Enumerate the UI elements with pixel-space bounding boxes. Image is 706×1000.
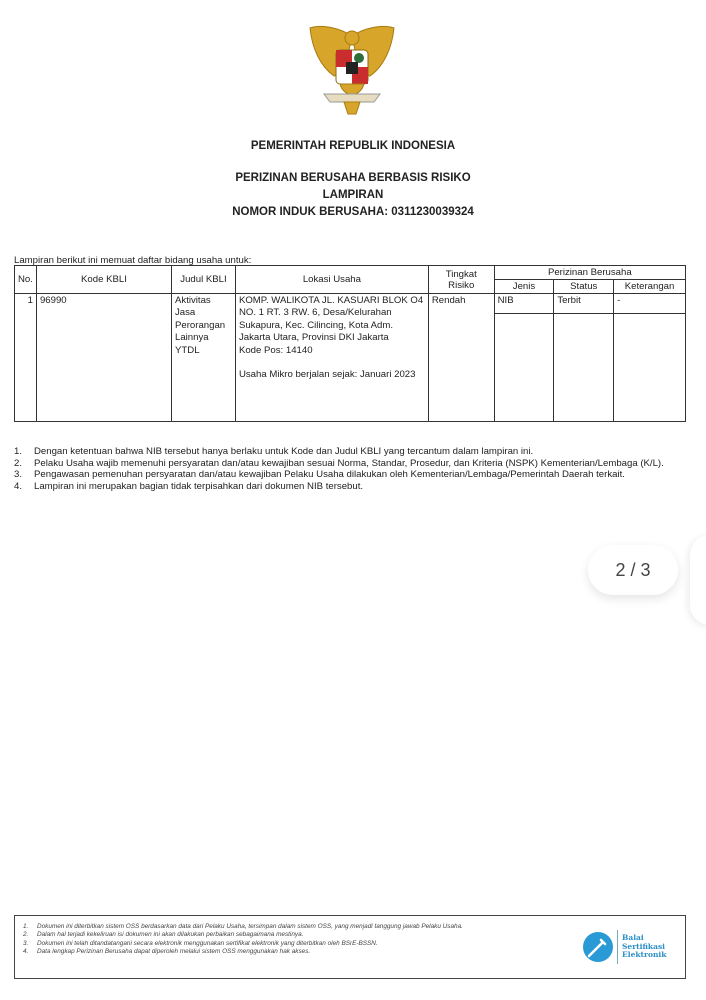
cell-lokasi-usaha: KOMP. WALIKOTA JL. KASUARI BLOK O4 NO. 1… [235,294,428,422]
col-header-jenis: Jenis [494,280,554,294]
table-row: 1 96990 Aktivitas Jasa Perorangan Lainny… [15,294,686,314]
lokasi-address: KOMP. WALIKOTA JL. KASUARI BLOK O4 NO. 1… [239,295,425,345]
cell-empty [494,314,554,422]
garuda-emblem-icon [300,18,404,120]
cell-tingkat-risiko: Rendah [428,294,494,422]
cell-status: Terbit [554,294,614,314]
note-item: 4.Lampiran ini merupakan bagian tidak te… [14,481,686,493]
cell-judul-kbli: Aktivitas Jasa Perorangan Lainnya YTDL [172,294,236,422]
page-indicator: 2 / 3 [588,545,678,595]
col-header-tingkat-risiko: Tingkat Risiko [428,266,494,294]
col-header-status: Status [554,280,614,294]
header-title: PERIZINAN BERUSAHA BERBASIS RISIKO [0,172,706,184]
cell-empty [614,314,686,422]
notes-list: 1.Dengan ketentuan bahwa NIB tersebut ha… [14,446,686,492]
col-header-kode-kbli: Kode KBLI [36,266,171,294]
cell-kode-kbli: 96990 [36,294,171,422]
col-header-lokasi-usaha: Lokasi Usaha [235,266,428,294]
footer-note-item: 1.Dokumen ini diterbitkan sistem OSS ber… [23,923,563,931]
note-item: 2.Pelaku Usaha wajib memenuhi persyarata… [14,458,686,470]
cell-jenis: NIB [494,294,554,314]
header-subtitle: LAMPIRAN [0,189,706,201]
cell-empty [554,314,614,422]
footer-note-item: 4.Data lengkap Perizinan Berusaha dapat … [23,948,563,956]
bsre-separator [617,930,618,964]
next-page-edge[interactable] [690,535,706,625]
note-item: 3.Pengawasan pemenuhan persyaratan dan/a… [14,469,686,481]
cell-keterangan: - [614,294,686,314]
col-header-no: No. [15,266,37,294]
footer-notes: 1.Dokumen ini diterbitkan sistem OSS ber… [23,923,563,957]
bsre-logo: Balai Sertifikasi Elektronik [583,926,679,968]
col-header-perizinan-berusaha: Perizinan Berusaha [494,266,685,280]
kbli-table: No. Kode KBLI Judul KBLI Lokasi Usaha Ti… [14,265,686,422]
footer-note-item: 2.Dalam hal terjadi kekeliruan isi dokum… [23,931,563,939]
col-header-keterangan: Keterangan [614,280,686,294]
footer-disclaimer-box: 1.Dokumen ini diterbitkan sistem OSS ber… [14,915,686,979]
note-item: 1.Dengan ketentuan bahwa NIB tersebut ha… [14,446,686,458]
lokasi-usaha-mikro: Usaha Mikro berjalan sejak: Januari 2023 [239,369,425,381]
bsre-label: Balai Sertifikasi Elektronik [622,934,666,960]
col-header-judul-kbli: Judul KBLI [172,266,236,294]
lokasi-kode-pos: Kode Pos: 14140 [239,345,425,357]
bsre-pen-icon [583,932,613,962]
header-government: PEMERINTAH REPUBLIK INDONESIA [0,140,706,152]
cell-no: 1 [15,294,37,422]
footer-note-item: 3.Dokumen ini telah ditandatangani secar… [23,940,563,948]
header-nib-number: NOMOR INDUK BERUSAHA: 0311230039324 [0,206,706,218]
